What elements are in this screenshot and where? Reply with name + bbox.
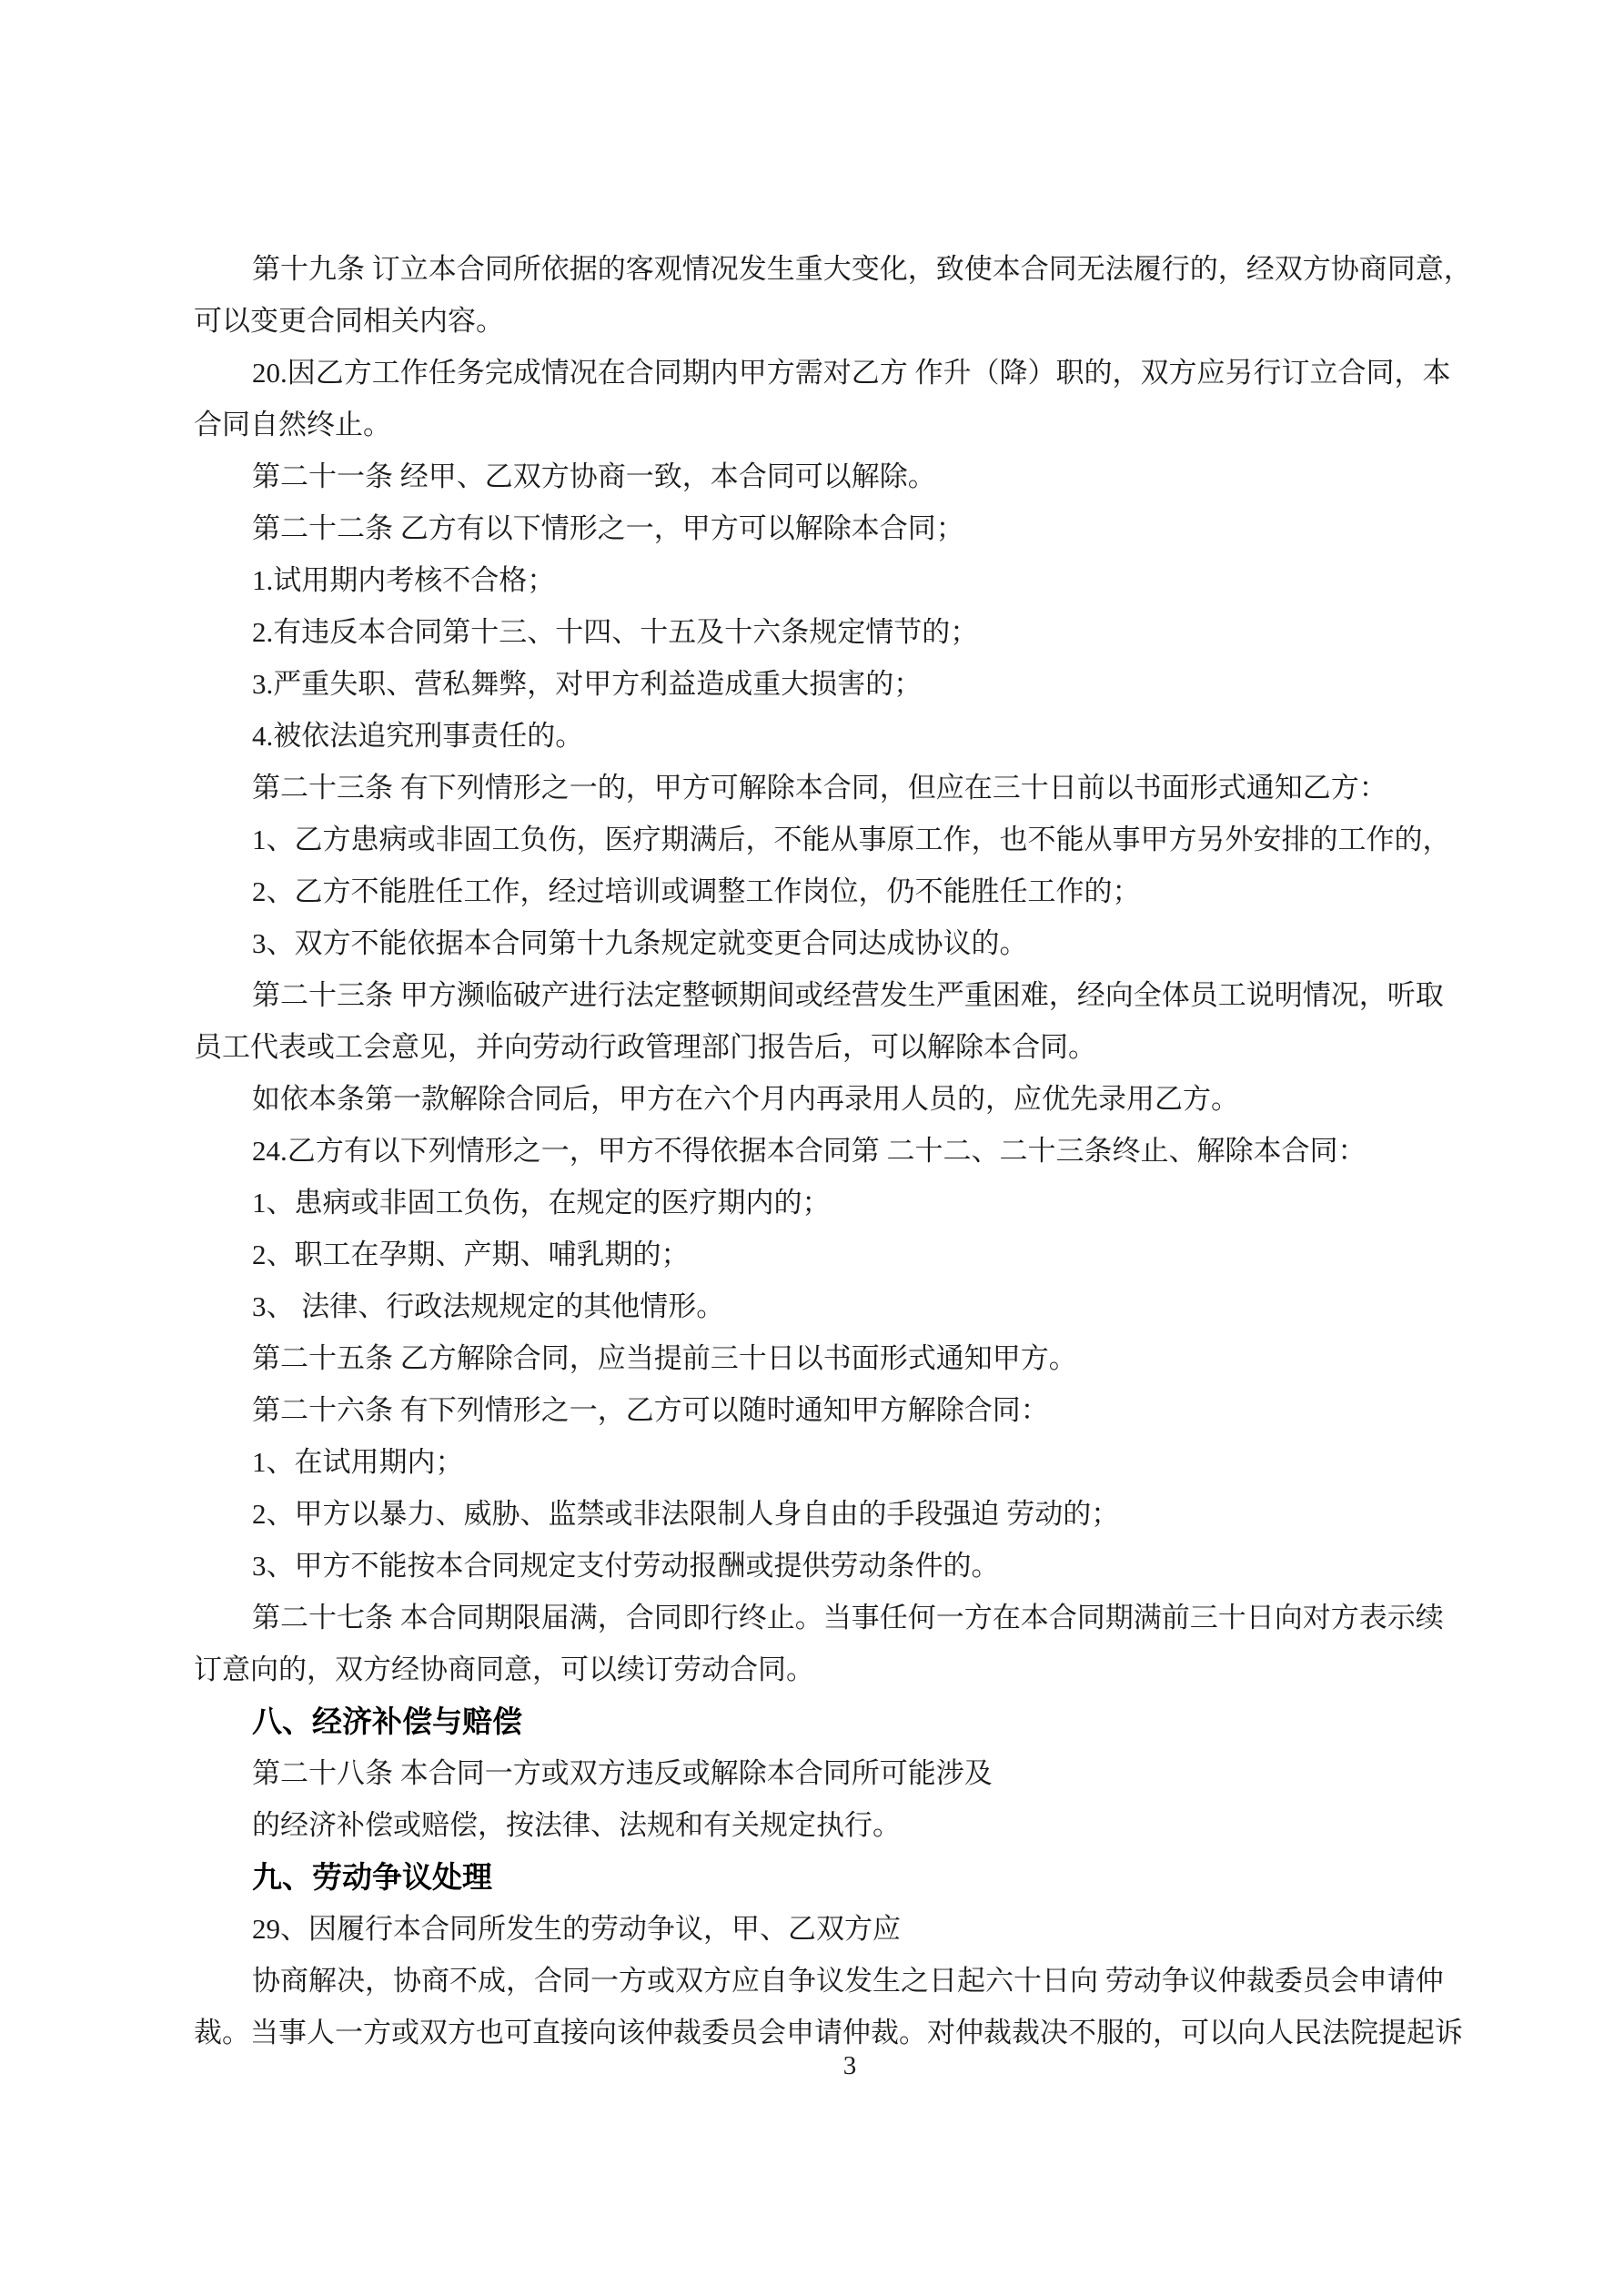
- document-line: 3、 法律、行政法规规定的其他情形。: [194, 1280, 1506, 1332]
- document-line: 2.有违反本合同第十三、十四、十五及十六条规定情节的；: [194, 606, 1506, 658]
- document-line: 29、因履行本合同所发生的劳动争议，甲、乙双方应: [194, 1903, 1506, 1955]
- document-line: 协商解决，协商不成，合同一方或双方应自争议发生之日起六十日向 劳动争议仲裁委员会…: [194, 1955, 1506, 2007]
- document-line: 如依本条第一款解除合同后，甲方在六个月内再录用人员的，应优先录用乙方。: [194, 1073, 1506, 1125]
- document-line: 第二十三条 有下列情形之一的，甲方可解除本合同，但应在三十日前以书面形式通知乙方…: [194, 762, 1506, 814]
- document-line: 第二十六条 有下列情形之一，乙方可以随时通知甲方解除合同：: [194, 1384, 1506, 1436]
- section-heading: 九、劳动争议处理: [194, 1851, 1506, 1903]
- document-line: 4.被依法追究刑事责任的。: [194, 710, 1506, 762]
- page-number: 3: [194, 2049, 1506, 2082]
- document-line: 1、在试用期内；: [194, 1436, 1506, 1488]
- document-line: 3、甲方不能按本合同规定支付劳动报酬或提供劳动条件的。: [194, 1540, 1506, 1592]
- section-heading: 八、经济补偿与赔偿: [194, 1695, 1506, 1747]
- document-line: 第二十八条 本合同一方或双方违反或解除本合同所可能涉及: [194, 1747, 1506, 1799]
- document-body: 第十九条 订立本合同所依据的客观情况发生重大变化，致使本合同无法履行的，经双方协…: [194, 243, 1506, 2058]
- document-line: 3、双方不能依据本合同第十九条规定就变更合同达成协议的。: [194, 917, 1506, 969]
- document-line: 员工代表或工会意见，并向劳动行政管理部门报告后，可以解除本合同。: [194, 1021, 1506, 1073]
- document-line: 可以变更合同相关内容。: [194, 295, 1506, 347]
- document-line: 3.严重失职、营私舞弊，对甲方利益造成重大损害的；: [194, 658, 1506, 710]
- document-line: 2、甲方以暴力、威胁、监禁或非法限制人身自由的手段强迫 劳动的；: [194, 1488, 1506, 1540]
- contract-page: 第十九条 订立本合同所依据的客观情况发生重大变化，致使本合同无法履行的，经双方协…: [0, 0, 1624, 2296]
- document-line: 2、乙方不能胜任工作，经过培训或调整工作岗位，仍不能胜任工作的；: [194, 865, 1506, 917]
- document-line: 第二十七条 本合同期限届满，合同即行终止。当事任何一方在本合同期满前三十日向对方…: [194, 1592, 1506, 1644]
- document-line: 订意向的，双方经协商同意，可以续订劳动合同。: [194, 1644, 1506, 1695]
- document-line: 合同自然终止。: [194, 399, 1506, 450]
- document-line: 2、职工在孕期、产期、哺乳期的；: [194, 1229, 1506, 1280]
- document-line: 24.乙方有以下列情形之一，甲方不得依据本合同第 二十二、二十三条终止、解除本合…: [194, 1125, 1506, 1177]
- document-line: 1、患病或非固工负伤，在规定的医疗期内的；: [194, 1177, 1506, 1229]
- document-line: 第二十五条 乙方解除合同，应当提前三十日以书面形式通知甲方。: [194, 1332, 1506, 1384]
- document-line: 第二十三条 甲方濒临破产进行法定整顿期间或经营发生严重困难，经向全体员工说明情况…: [194, 969, 1506, 1021]
- document-line: 第二十一条 经甲、乙双方协商一致，本合同可以解除。: [194, 450, 1506, 502]
- document-line: 第二十二条 乙方有以下情形之一，甲方可以解除本合同；: [194, 502, 1506, 554]
- document-line: 1.试用期内考核不合格；: [194, 554, 1506, 606]
- document-line: 20.因乙方工作任务完成情况在合同期内甲方需对乙方 作升（降）职的，双方应另行订…: [194, 347, 1506, 399]
- document-line: 1、乙方患病或非固工负伤，医疗期满后，不能从事原工作，也不能从事甲方另外安排的工…: [194, 814, 1506, 865]
- document-line: 第十九条 订立本合同所依据的客观情况发生重大变化，致使本合同无法履行的，经双方协…: [194, 243, 1506, 295]
- document-line: 的经济补偿或赔偿，按法律、法规和有关规定执行。: [194, 1799, 1506, 1851]
